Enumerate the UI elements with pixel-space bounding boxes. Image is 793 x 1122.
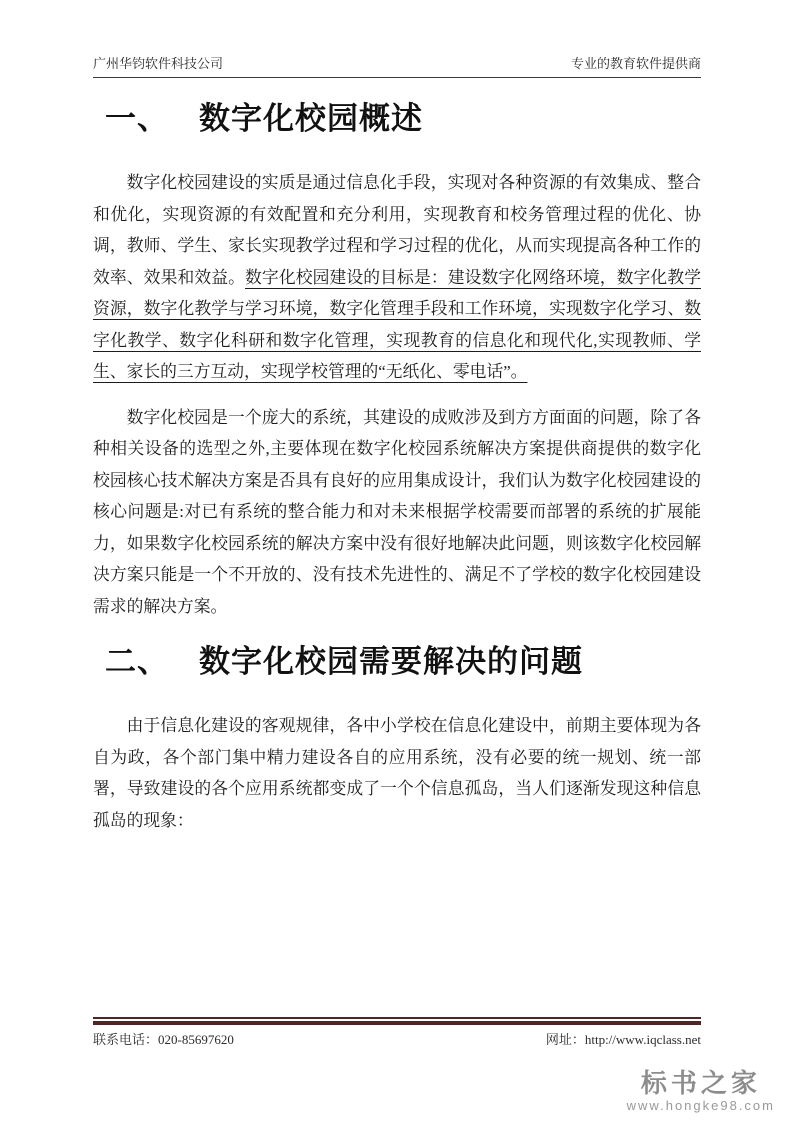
- section-2-title: 数字化校园需要解决的问题: [199, 644, 583, 679]
- watermark-title: 标书之家: [627, 1069, 775, 1097]
- section-1-title: 数字化校园概述: [199, 101, 423, 136]
- watermark-url: www.hongke98.com: [627, 1097, 775, 1114]
- footer-divider-rule: [93, 1017, 701, 1025]
- footer-phone: 联系电话：020-85697620: [93, 1029, 234, 1048]
- page-footer: 联系电话：020-85697620 网址：http://www.iqclass.…: [93, 1017, 701, 1048]
- footer-website: 网址：http://www.iqclass.net: [546, 1029, 701, 1048]
- paragraph-overview: 数字化校园建设的实质是通过信息化手段，实现对各种资源的有效集成、整合和优化，实现…: [93, 167, 701, 388]
- footer-text-row: 联系电话：020-85697620 网址：http://www.iqclass.…: [93, 1029, 701, 1048]
- page-header: 广州华钧软件科技公司 专业的教育软件提供商: [93, 53, 701, 78]
- header-company: 广州华钧软件科技公司: [93, 53, 223, 72]
- header-tagline: 专业的教育软件提供商: [571, 53, 701, 72]
- section-1-heading: 一、数字化校园概述: [93, 101, 701, 137]
- section-2-number: 二、: [105, 644, 169, 680]
- document-page: 广州华钧软件科技公司 专业的教育软件提供商 一、数字化校园概述 数字化校园建设的…: [0, 0, 793, 1122]
- paragraph-problems: 由于信息化建设的客观规律，各中小学校在信息化建设中，前期主要体现为各自为政，各个…: [93, 710, 701, 836]
- section-2-heading: 二、数字化校园需要解决的问题: [93, 644, 701, 680]
- watermark: 标书之家 www.hongke98.com: [627, 1069, 775, 1114]
- section-1-number: 一、: [105, 101, 169, 137]
- paragraph-core-problem: 数字化校园是一个庞大的系统，其建设的成败涉及到方方面面的问题，除了各种相关设备的…: [93, 402, 701, 623]
